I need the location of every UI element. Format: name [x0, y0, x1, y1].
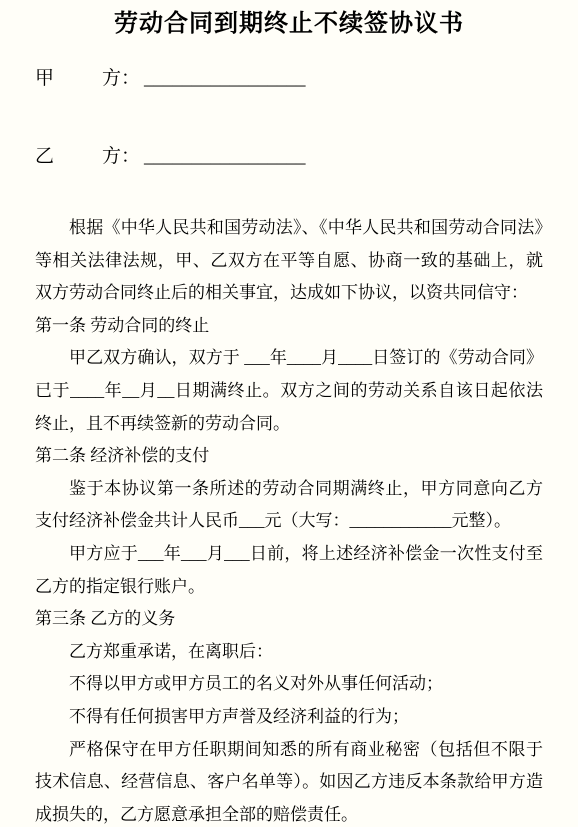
party-b-label: 乙	[35, 144, 54, 170]
party-b-blank-line: _________________	[144, 144, 306, 170]
party-a-role-label: 方：	[102, 66, 140, 92]
party-a-label: 甲	[35, 66, 54, 92]
clause-2-heading: 第二条 经济补偿的支付	[35, 440, 543, 473]
document-title: 劳动合同到期终止不续签协议书	[35, 4, 543, 42]
clause-3-obligation-1: 不得以甲方或甲方员工的名义对外从事任何活动；	[35, 668, 543, 701]
clause-1-termination-text: 甲乙双方确认，双方于 ___年____月____日签订的《劳动合同》已于____…	[35, 342, 543, 440]
party-a-blank-line: _________________	[144, 66, 306, 92]
document-page: 劳动合同到期终止不续签协议书 甲 方： _________________ 乙 …	[0, 0, 578, 827]
clause-3-promise-text: 乙方郑重承诺，在离职后：	[35, 636, 543, 669]
party-a-row: 甲 方： _________________	[35, 66, 543, 92]
clause-2-compensation-text: 鉴于本协议第一条所述的劳动合同期满终止，甲方同意向乙方支付经济补偿金共计人民币_…	[35, 473, 543, 538]
document-body: 根据《中华人民共和国劳动法》、《中华人民共和国劳动合同法》等相关法律法规，甲、乙…	[35, 212, 543, 827]
party-b-role-label: 方：	[102, 144, 140, 170]
clause-1-heading: 第一条 劳动合同的终止	[35, 310, 543, 343]
party-b-row: 乙 方： _________________	[35, 144, 543, 170]
clause-2-payment-text: 甲方应于___年___月___日前，将上述经济补偿金一次性支付至乙方的指定银行账…	[35, 538, 543, 603]
clause-3-heading: 第三条 乙方的义务	[35, 603, 543, 636]
clause-3-confidentiality-text: 严格保守在甲方任职期间知悉的所有商业秘密（包括但不限于技术信息、经营信息、客户名…	[35, 734, 543, 827]
clause-3-obligation-2: 不得有任何损害甲方声誉及经济利益的行为；	[35, 701, 543, 734]
intro-paragraph: 根据《中华人民共和国劳动法》、《中华人民共和国劳动合同法》等相关法律法规，甲、乙…	[35, 212, 543, 310]
